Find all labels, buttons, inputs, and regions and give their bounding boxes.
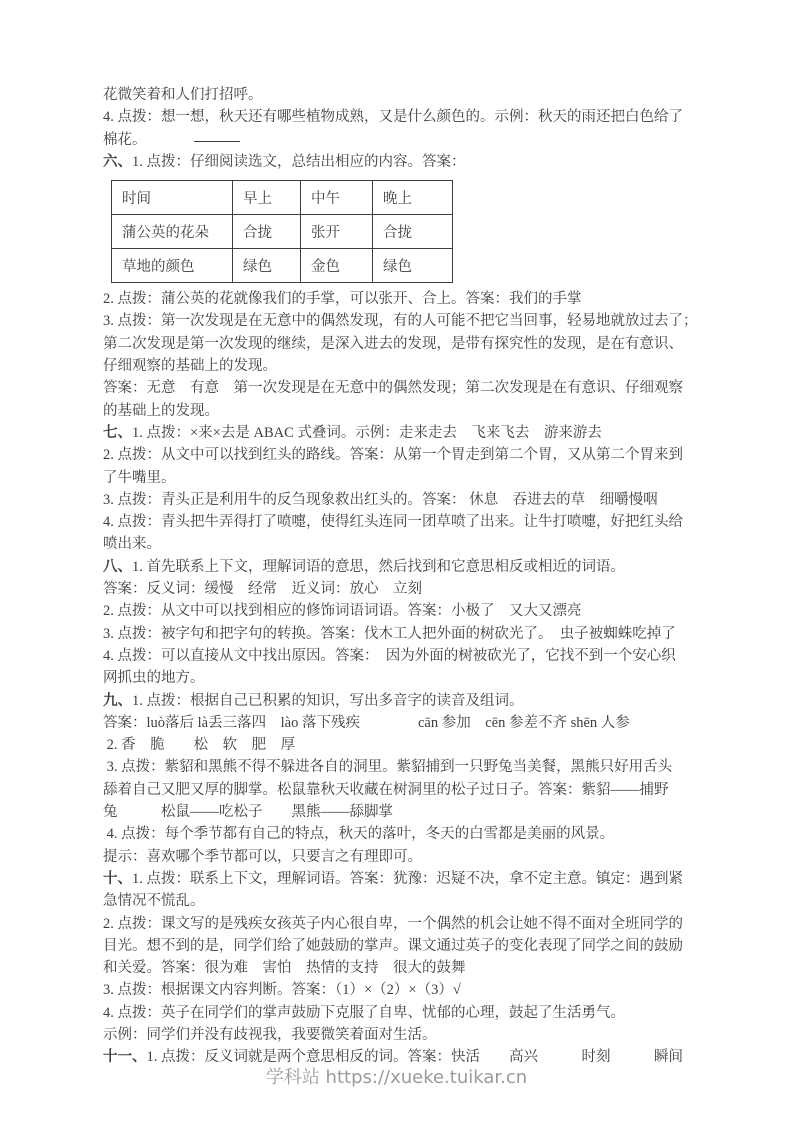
table-cell: 中午 — [301, 181, 373, 215]
text-line: 提示：喜欢哪个季节都可以，只要言之有理即可。 — [103, 846, 723, 868]
text-line: 2. 点拨：从文中可以找到红头的路线。答案：从第一个胃走到第二个胃，又从第二个胃… — [103, 444, 723, 466]
text-line: 第二次发现是第一次发现的继续，是深入进去的发现，是带有探究性的发现，是在有意识、 — [103, 333, 723, 355]
text-line: 2. 点拨：蒲公英的花就像我们的手掌，可以张开、合上。答案：我们的手掌 — [103, 288, 723, 310]
section-number: 九、 — [103, 693, 132, 709]
text-line: 九、1. 点拨：根据自己已积累的知识，写出多音字的读音及组词。 — [103, 690, 723, 712]
lines-after-table: 2. 点拨：蒲公英的花就像我们的手掌，可以张开、合上。答案：我们的手掌3. 点拨… — [103, 288, 723, 1068]
section-number: 八、 — [103, 559, 132, 575]
text-line: 棉花。 — [103, 129, 723, 151]
text-line: 4. 点拨：每个季节都有自己的特点，秋天的落叶，冬天的白雪都是美丽的风景。 — [103, 823, 723, 845]
text-line: 4. 点拨：青头把牛弄得打了喷嚏，使得红头连同一团草喷了出来。让牛打喷嚏，好把红… — [103, 511, 723, 533]
text-line: 八、1. 首先联系上下文，理解词语的意思，然后找到和它意思相反或相近的词语。 — [103, 556, 723, 578]
table-cell: 时间 — [112, 181, 233, 215]
table-cell: 草地的颜色 — [112, 249, 233, 283]
watermark-text: 学科站 https://xueke.tuikar.cn — [266, 1067, 527, 1088]
text-line: 3. 点拨：第一次发现是在无意中的偶然发现，有的人可能不把它当回事，轻易地就放过… — [103, 310, 723, 332]
table-cell: 早上 — [233, 181, 301, 215]
text-line: 2. 点拨：课文写的是残疾女孩英子内心很自卑，一个偶然的机会让她不得不面对全班同… — [103, 913, 723, 935]
text-line: 兔 松鼠——吃松子 黑熊——舔脚掌 — [103, 801, 723, 823]
table-cell: 晚上 — [373, 181, 453, 215]
text-line: 4. 点拨：想一想，秋天还有哪些植物成熟，又是什么颜色的。示例：秋天的雨还把白色… — [103, 106, 723, 128]
table-cell: 绿色 — [373, 249, 453, 283]
text-line: 2. 香 脆 松 软 肥 厚 — [103, 734, 723, 756]
text-line: 舔着自己又肥又厚的脚掌。松鼠靠秋天收藏在树洞里的松子过日子。答案：紫貂——捕野 — [103, 779, 723, 801]
text-line: 了牛嘴里。 — [103, 467, 723, 489]
text-line: 答案：luò落后 là丢三落四 lào 落下残疾 cān 参加 cēn 参差不齐… — [103, 712, 723, 734]
text-line: 目光。想不到的是，同学们给了她鼓励的掌声。课文通过英子的变化表现了同学之间的鼓励 — [103, 935, 723, 957]
text-line: 急情况不慌乱。 — [103, 890, 723, 912]
section-number: 十、 — [103, 871, 132, 887]
text-line: 仔细观察的基础上的发现。 — [103, 355, 723, 377]
text-line: 示例：同学们并没有歧视我，我要微笑着面对生活。 — [103, 1024, 723, 1046]
text-line: 答案：反义词：缓慢 经常 近义词：放心 立刻 — [103, 578, 723, 600]
table-cell: 绿色 — [233, 249, 301, 283]
text-line: 3. 点拨：被字句和把字句的转换。答案：伐木工人把外面的树砍光了。 虫子被蜘蛛吃… — [103, 623, 723, 645]
table-row: 草地的颜色绿色金色绿色 — [112, 249, 453, 283]
text-line: 3. 点拨：根据课文内容判断。答案：（1）×（2）×（3）√ — [103, 979, 723, 1001]
table-cell: 蒲公英的花朵 — [112, 215, 233, 249]
text-line: 七、1. 点拨：×来×去是 ABAC 式叠词。示例：走来走去 飞来飞去 游来游去 — [103, 422, 723, 444]
text-line: 4. 点拨：可以直接从文中找出原因。答案： 因为外面的树被砍光了，它找不到一个安… — [103, 645, 723, 667]
text-line: 六、1. 点拨：仔细阅读选文，总结出相应的内容。答案： — [103, 151, 723, 173]
watermark-footer: 学科站 https://xueke.tuikar.cn — [0, 1063, 793, 1089]
text-line: 花微笑着和人们打招呼。 — [103, 84, 723, 106]
table-cell: 金色 — [301, 249, 373, 283]
blank-underline — [194, 141, 240, 142]
table-row: 蒲公英的花朵合拢张开合拢 — [112, 215, 453, 249]
table-cell: 张开 — [301, 215, 373, 249]
section-number: 六、 — [103, 154, 132, 170]
dandelion-observation-table: 时间早上中午晚上蒲公英的花朵合拢张开合拢草地的颜色绿色金色绿色 — [111, 180, 453, 283]
text-line: 3. 点拨：青头正是利用牛的反刍现象救出红头的。答案： 休息 吞进去的草 细嚼慢… — [103, 489, 723, 511]
document-page: 花微笑着和人们打招呼。4. 点拨：想一想，秋天还有哪些植物成熟，又是什么颜色的。… — [0, 0, 793, 1122]
table-cell: 合拢 — [373, 215, 453, 249]
answer-content: 花微笑着和人们打招呼。4. 点拨：想一想，秋天还有哪些植物成熟，又是什么颜色的。… — [103, 84, 723, 1069]
text-line: 喷出来。 — [103, 533, 723, 555]
text-line: 和关爱。答案：很为难 害怕 热情的支持 很大的鼓舞 — [103, 957, 723, 979]
text-line: 的基础上的发现。 — [103, 400, 723, 422]
lines-before-table: 花微笑着和人们打招呼。4. 点拨：想一想，秋天还有哪些植物成熟，又是什么颜色的。… — [103, 84, 723, 173]
text-line: 十、1. 点拨：联系上下文，理解词语。答案：犹豫：迟疑不决，拿不定主意。镇定：遇… — [103, 868, 723, 890]
table-row: 时间早上中午晚上 — [112, 181, 453, 215]
section-number: 七、 — [103, 425, 132, 441]
text-line: 3. 点拨：紫貂和黑熊不得不躲进各自的洞里。紫貂捕到一只野兔当美餐，黑熊只好用舌… — [103, 756, 723, 778]
text-line: 网抓虫的地方。 — [103, 667, 723, 689]
text-line: 答案：无意 有意 第一次发现是在无意中的偶然发现；第二次发现是在有意识、仔细观察 — [103, 377, 723, 399]
table-cell: 合拢 — [233, 215, 301, 249]
text-line: 4. 点拨：英子在同学们的掌声鼓励下克服了自卑、忧郁的心理，鼓起了生活勇气。 — [103, 1002, 723, 1024]
text-line: 2. 点拨：从文中可以找到相应的修饰词语词语。答案：小极了 又大又漂亮 — [103, 600, 723, 622]
content-table-body: 时间早上中午晚上蒲公英的花朵合拢张开合拢草地的颜色绿色金色绿色 — [112, 181, 453, 283]
